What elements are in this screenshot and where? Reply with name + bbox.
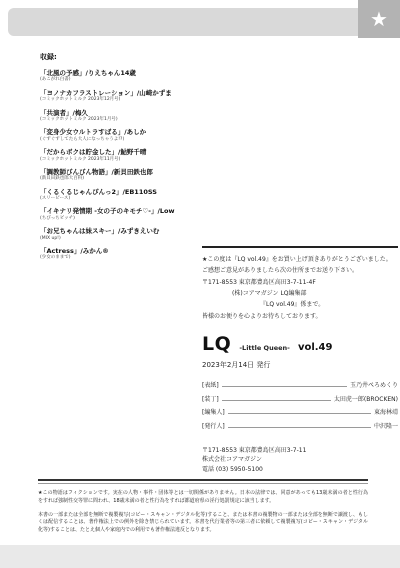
contents-list: 収録: 「北風の予感」/りえちゃん14歳 (あこがれ白書) 「ヨノナカフラストレ… [40, 52, 202, 267]
publication-date: 2023年2月14日 発行 [202, 360, 398, 370]
title-subtitle: -Little Queen- [239, 344, 289, 352]
story-source: (少女のままで) [40, 255, 202, 261]
story-title: 「くるくるじゃんぴんっ2」/EB110SS [40, 188, 202, 196]
mail-address-line: (株)コアマガジン LQ編集部 [202, 289, 398, 298]
story-source: (コミックホットミルク 2023年1月号) [40, 117, 202, 123]
list-item: 「調教師びんびん物語」/新貝田鉄也郎 (新貝田鉄也郎大百科) [40, 168, 202, 182]
reader-toolbar [8, 8, 358, 36]
publisher-address: 〒171-8553 東京都豊島区高田3-7-11 [202, 446, 398, 456]
table-row: [発行人] 中沢隆一 [202, 421, 398, 430]
credit-label: [編集人] [202, 407, 225, 416]
story-title: 「共演者」/梅久 [40, 109, 202, 117]
closing-text: 皆様のお便りを心よりお待ちしております。 [202, 312, 398, 321]
credit-name: 中沢隆一 [374, 421, 398, 430]
magazine-title: LQ -Little Queen- vol.49 [202, 333, 398, 355]
feedback-request-text: ご感想ご意見がありましたら次の住所までお送り下さい。 [202, 266, 398, 275]
story-title: 「変身少女ウルトラすばる」/あしか [40, 128, 202, 136]
table-row: [装丁] 太田虎一郎(BROCKEN) [202, 394, 398, 403]
title-volume: vol.49 [298, 342, 333, 353]
list-item: 「Actress」/みかん® (少女のままで) [40, 247, 202, 261]
table-row: [編集人] 東海林靖 [202, 407, 398, 416]
leader-line [228, 426, 371, 428]
mail-address-line: 『LQ vol.49』係まで。 [202, 300, 398, 309]
section-divider [202, 246, 398, 248]
favorite-star-button[interactable]: ★ [358, 0, 400, 38]
section-divider [38, 479, 368, 484]
thanks-text: ★この度は『LQ vol.49』をお買い上げ頂きありがとうございました。 [202, 255, 398, 264]
credit-label: [装丁] [202, 394, 219, 403]
legal-disclaimer: ★この物語はフィクションです。実在の人物・事件・団体等とは一切関係がありません。… [38, 479, 368, 541]
star-icon: ★ [370, 7, 388, 32]
credit-label: [発行人] [202, 421, 225, 430]
story-source: (コミックホットミルク 2023年11月号) [40, 157, 202, 163]
credit-name: 玉乃井ぺろめくり [350, 380, 398, 389]
publication-info: ★この度は『LQ vol.49』をお買い上げ頂きありがとうございました。 ご感想… [202, 246, 398, 475]
credit-name: 太田虎一郎(BROCKEN) [334, 394, 398, 403]
story-title: 「だからボクは貯金した」/鮎野千晴 [40, 148, 202, 156]
story-source: (新貝田鉄也郎大百科) [40, 176, 202, 182]
list-item: 「共演者」/梅久 (コミックホットミルク 2023年1月号) [40, 109, 202, 123]
story-source: (ちびっちビッチ) [40, 216, 202, 222]
story-source: (スリーピース) [40, 196, 202, 202]
story-title: 「イキナリ発情期 -女の子のキモチ♡-」/Low [40, 207, 202, 215]
publisher-phone: 電話 (03) 5950-5100 [202, 465, 398, 475]
table-row: [表紙] 玉乃井ぺろめくり [202, 380, 398, 389]
list-item: 「北風の予感」/りえちゃん14歳 (あこがれ白書) [40, 69, 202, 83]
publisher-company: 株式会社コアマガジン [202, 455, 398, 465]
mail-address-line: 〒171-8553 東京都豊島区高田3-7-11-4F [202, 278, 398, 287]
story-source: (あこがれ白書) [40, 77, 202, 83]
list-item: 「ヨノナカフラストレーション」/山崎かずま (コミックホットミルク 2023年1… [40, 89, 202, 103]
list-item: 「くるくるじゃんぴんっ2」/EB110SS (スリーピース) [40, 188, 202, 202]
leader-line [222, 399, 331, 401]
story-title: 「ヨノナカフラストレーション」/山崎かずま [40, 89, 202, 97]
list-item: 「変身少女ウルトラすばる」/あしか (ぐずぐずしてたら大人になっちゃうよ!?) [40, 128, 202, 142]
story-title: 「お兄ちゃんは妹スキー」/みずきえいむ [40, 227, 202, 235]
list-item: 「イキナリ発情期 -女の子のキモチ♡-」/Low (ちびっちビッチ) [40, 207, 202, 221]
story-source: (コミックホットミルク 2023年12月号) [40, 97, 202, 103]
publisher-block: 〒171-8553 東京都豊島区高田3-7-11 株式会社コアマガジン 電話 (… [202, 446, 398, 476]
contents-heading: 収録: [40, 52, 202, 62]
credit-label: [表紙] [202, 380, 219, 389]
copyright-disclaimer-text: 本書の一部または全部を無断で複製複写(コピー・スキャン・デジタル化等)すること、… [38, 512, 368, 535]
list-item: 「だからボクは貯金した」/鮎野千晴 (コミックホットミルク 2023年11月号) [40, 148, 202, 162]
footer-band [0, 545, 400, 568]
credits-table: [表紙] 玉乃井ぺろめくり [装丁] 太田虎一郎(BROCKEN) [編集人] … [202, 380, 398, 430]
credit-name: 東海林靖 [374, 407, 398, 416]
leader-line [228, 412, 371, 414]
story-source: (ぐずぐずしてたら大人になっちゃうよ!?) [40, 137, 202, 143]
fiction-disclaimer-text: ★この物語はフィクションです。実在の人物・事件・団体等とは一切関係がありません。… [38, 490, 368, 506]
leader-line [222, 385, 347, 387]
list-item: 「お兄ちゃんは妹スキー」/みずきえいむ (MIX up!) [40, 227, 202, 241]
reader-notice: ★この度は『LQ vol.49』をお買い上げ頂きありがとうございました。 ご感想… [202, 255, 398, 321]
title-text: LQ [202, 333, 231, 355]
story-source: (MIX up!) [40, 236, 202, 242]
colophon-page: ★ 収録: 「北風の予感」/りえちゃん14歳 (あこがれ白書) 「ヨノナカフラス… [0, 0, 400, 568]
